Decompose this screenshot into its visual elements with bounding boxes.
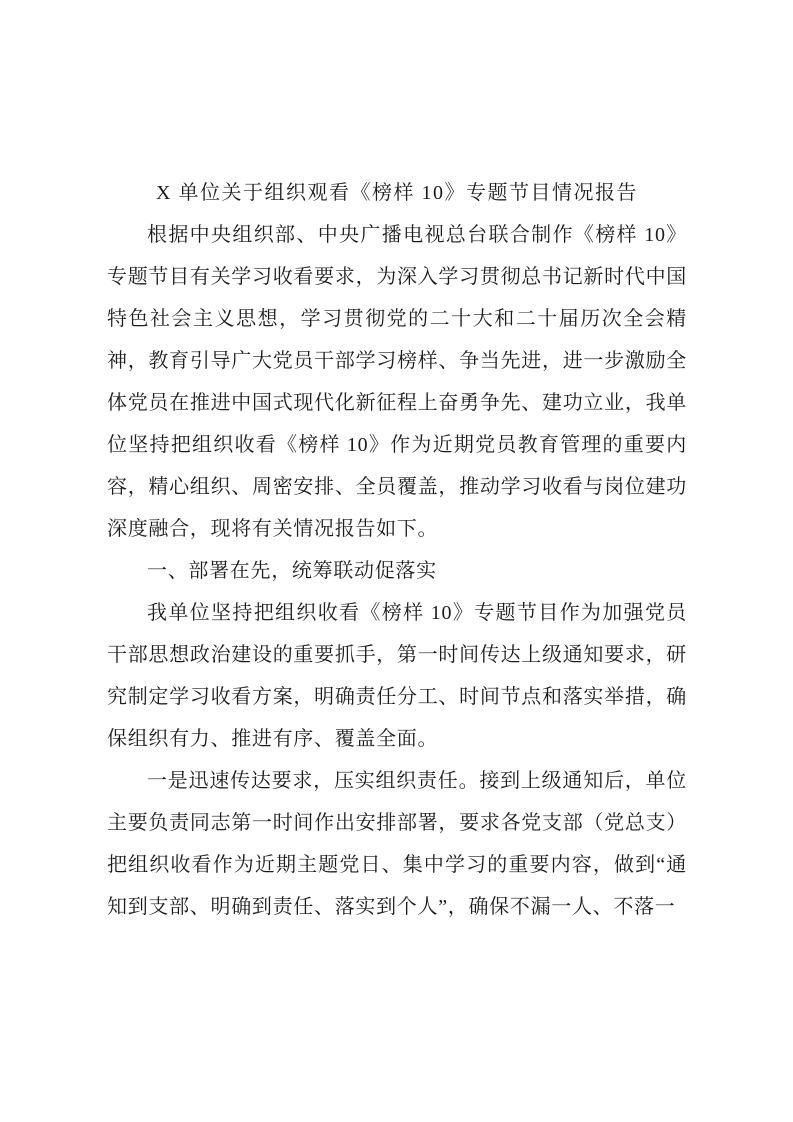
intro-paragraph: 根据中央组织部、中央广播电视总台联合制作《榜样 10》专题节目有关学习收看要求，…: [107, 214, 687, 550]
section-1-body-paragraph: 我单位坚持把组织收看《榜样 10》专题节目作为加强党员干部思想政治建设的重要抓手…: [107, 592, 687, 760]
document-title: X 单位关于组织观看《榜样 10》专题节目情况报告: [107, 172, 687, 214]
measure-1-paragraph: 一是迅速传达要求，压实组织责任。接到上级通知后，单位主要负责同志第一时间作出安排…: [107, 760, 687, 928]
section-1-heading: 一、部署在先，统筹联动促落实: [107, 550, 687, 592]
document-page: X 单位关于组织观看《榜样 10》专题节目情况报告 根据中央组织部、中央广播电视…: [0, 0, 793, 1122]
